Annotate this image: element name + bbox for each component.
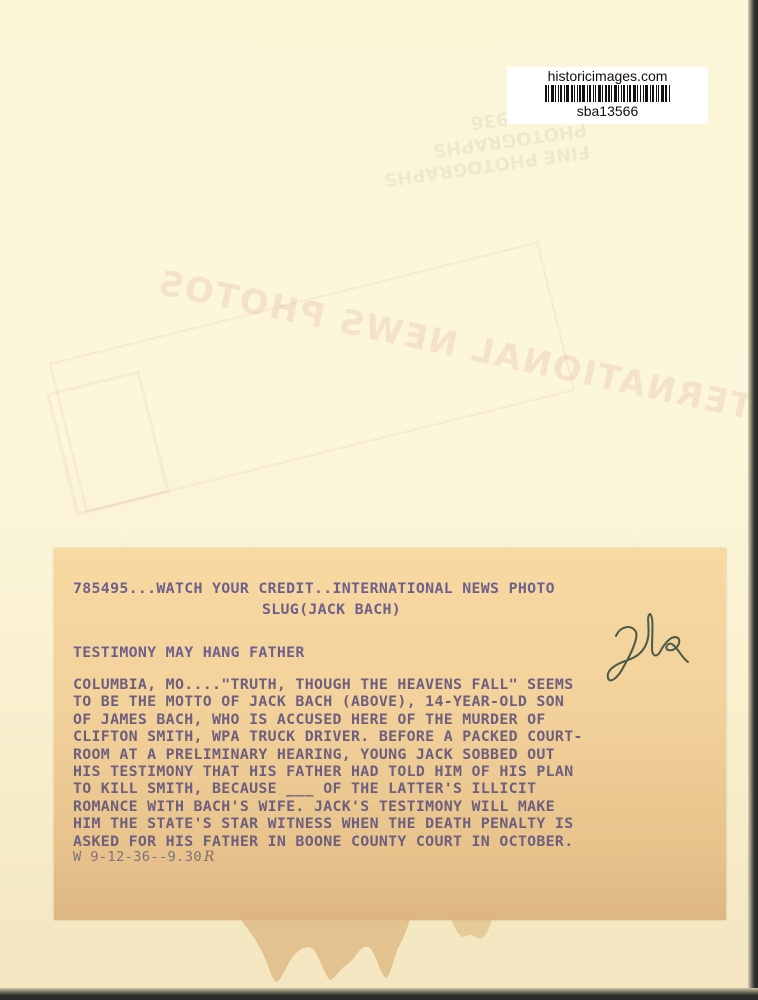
barcode-bar	[611, 85, 612, 102]
page-bottom-edge	[0, 988, 758, 1000]
barcode-bar	[595, 85, 596, 102]
barcode-bar	[571, 85, 573, 102]
caption-slug-line: SLUG(JACK BACH)	[262, 601, 401, 618]
barcode-bar	[577, 85, 578, 102]
barcode-bar	[589, 85, 591, 102]
barcode-bar	[656, 85, 657, 102]
barcode-bar	[661, 85, 664, 102]
barcode-icon	[545, 85, 671, 102]
barcode-bar	[623, 85, 625, 102]
label-site-name: historicimages.com	[507, 68, 708, 84]
caption-body: COLUMBIA, MO...."TRUTH, THOUGH THE HEAVE…	[73, 676, 583, 850]
barcode-bar	[548, 85, 549, 102]
barcode-bar	[555, 85, 556, 102]
caption-body-line: ROOM AT A PRELIMINARY HEARING, YOUNG JAC…	[73, 746, 583, 763]
barcode-bar	[640, 85, 642, 102]
barcode-bar	[598, 85, 601, 102]
page-right-edge	[748, 0, 758, 1000]
caption-headline: TESTIMONY MAY HANG FATHER	[73, 644, 305, 661]
barcode-bar	[643, 85, 644, 102]
barcode-bar	[665, 85, 667, 102]
barcode-bar	[551, 85, 554, 102]
pencil-mark: R	[204, 849, 215, 865]
barcode-bar	[574, 85, 575, 102]
barcode-bar	[566, 85, 569, 102]
barcode-bar	[621, 85, 622, 102]
caption-body-line: HIS TESTIMONY THAT HIS FATHER HAD TOLD H…	[73, 763, 583, 780]
historicimages-barcode-label: historicimages.com sba13566	[507, 67, 708, 124]
barcode-bar	[593, 85, 594, 102]
caption-body-line: TO KILL SMITH, BECAUSE ___ OF THE LATTER…	[73, 780, 583, 797]
barcode-bar	[633, 85, 636, 102]
water-stain	[230, 918, 500, 988]
barcode-bar	[608, 85, 610, 102]
barcode-bar	[652, 85, 654, 102]
barcode-bar	[560, 85, 562, 102]
barcode-bar	[545, 85, 547, 102]
caption-body-line: HIM THE STATE'S STAR WITNESS WHEN THE DE…	[73, 815, 583, 832]
caption-body-line: OF JAMES BACH, WHO IS ACCUSED HERE OF TH…	[73, 711, 583, 728]
caption-body-line: CLIFTON SMITH, WPA TRUCK DRIVER. BEFORE …	[73, 728, 583, 745]
caption-body-line: ASKED FOR HIS FATHER IN BOONE COUNTY COU…	[73, 833, 583, 850]
caption-credit-line: 785495...WATCH YOUR CREDIT..INTERNATIONA…	[73, 580, 555, 597]
dateline-text: W 9-12-36--9.30	[73, 849, 202, 865]
barcode-bar	[618, 85, 619, 102]
caption-body-line: COLUMBIA, MO...."TRUTH, THOUGH THE HEAVE…	[73, 676, 583, 693]
barcode-bar	[587, 85, 588, 102]
barcode-bar	[645, 85, 648, 102]
caption-dateline: W 9-12-36--9.30R	[73, 849, 215, 866]
barcode-bar	[627, 85, 628, 102]
barcode-bar	[582, 85, 585, 102]
barcode-bar	[658, 85, 659, 102]
barcode-bar	[558, 85, 559, 102]
barcode-bar	[637, 85, 638, 102]
handwritten-initials-icon	[602, 608, 692, 688]
barcode-bar	[564, 85, 565, 102]
barcode-bar	[579, 85, 581, 102]
caption-clipping: 785495...WATCH YOUR CREDIT..INTERNATIONA…	[54, 548, 726, 920]
barcode-bar	[669, 85, 670, 102]
barcode-bar	[650, 85, 651, 102]
caption-body-line: TO BE THE MOTTO OF JACK BACH (ABOVE), 14…	[73, 693, 583, 710]
barcode-bar	[614, 85, 617, 102]
barcode-bar	[629, 85, 631, 102]
photo-back-paper: INTERNATIONAL NEWS PHOTOS FINE PHOTOGRAP…	[0, 0, 752, 992]
label-barcode-id: sba13566	[507, 103, 708, 119]
caption-body-line: ROMANCE WITH BACH'S WIFE. JACK'S TESTIMO…	[73, 798, 583, 815]
barcode-bar	[605, 85, 607, 102]
barcode-bar	[602, 85, 603, 102]
